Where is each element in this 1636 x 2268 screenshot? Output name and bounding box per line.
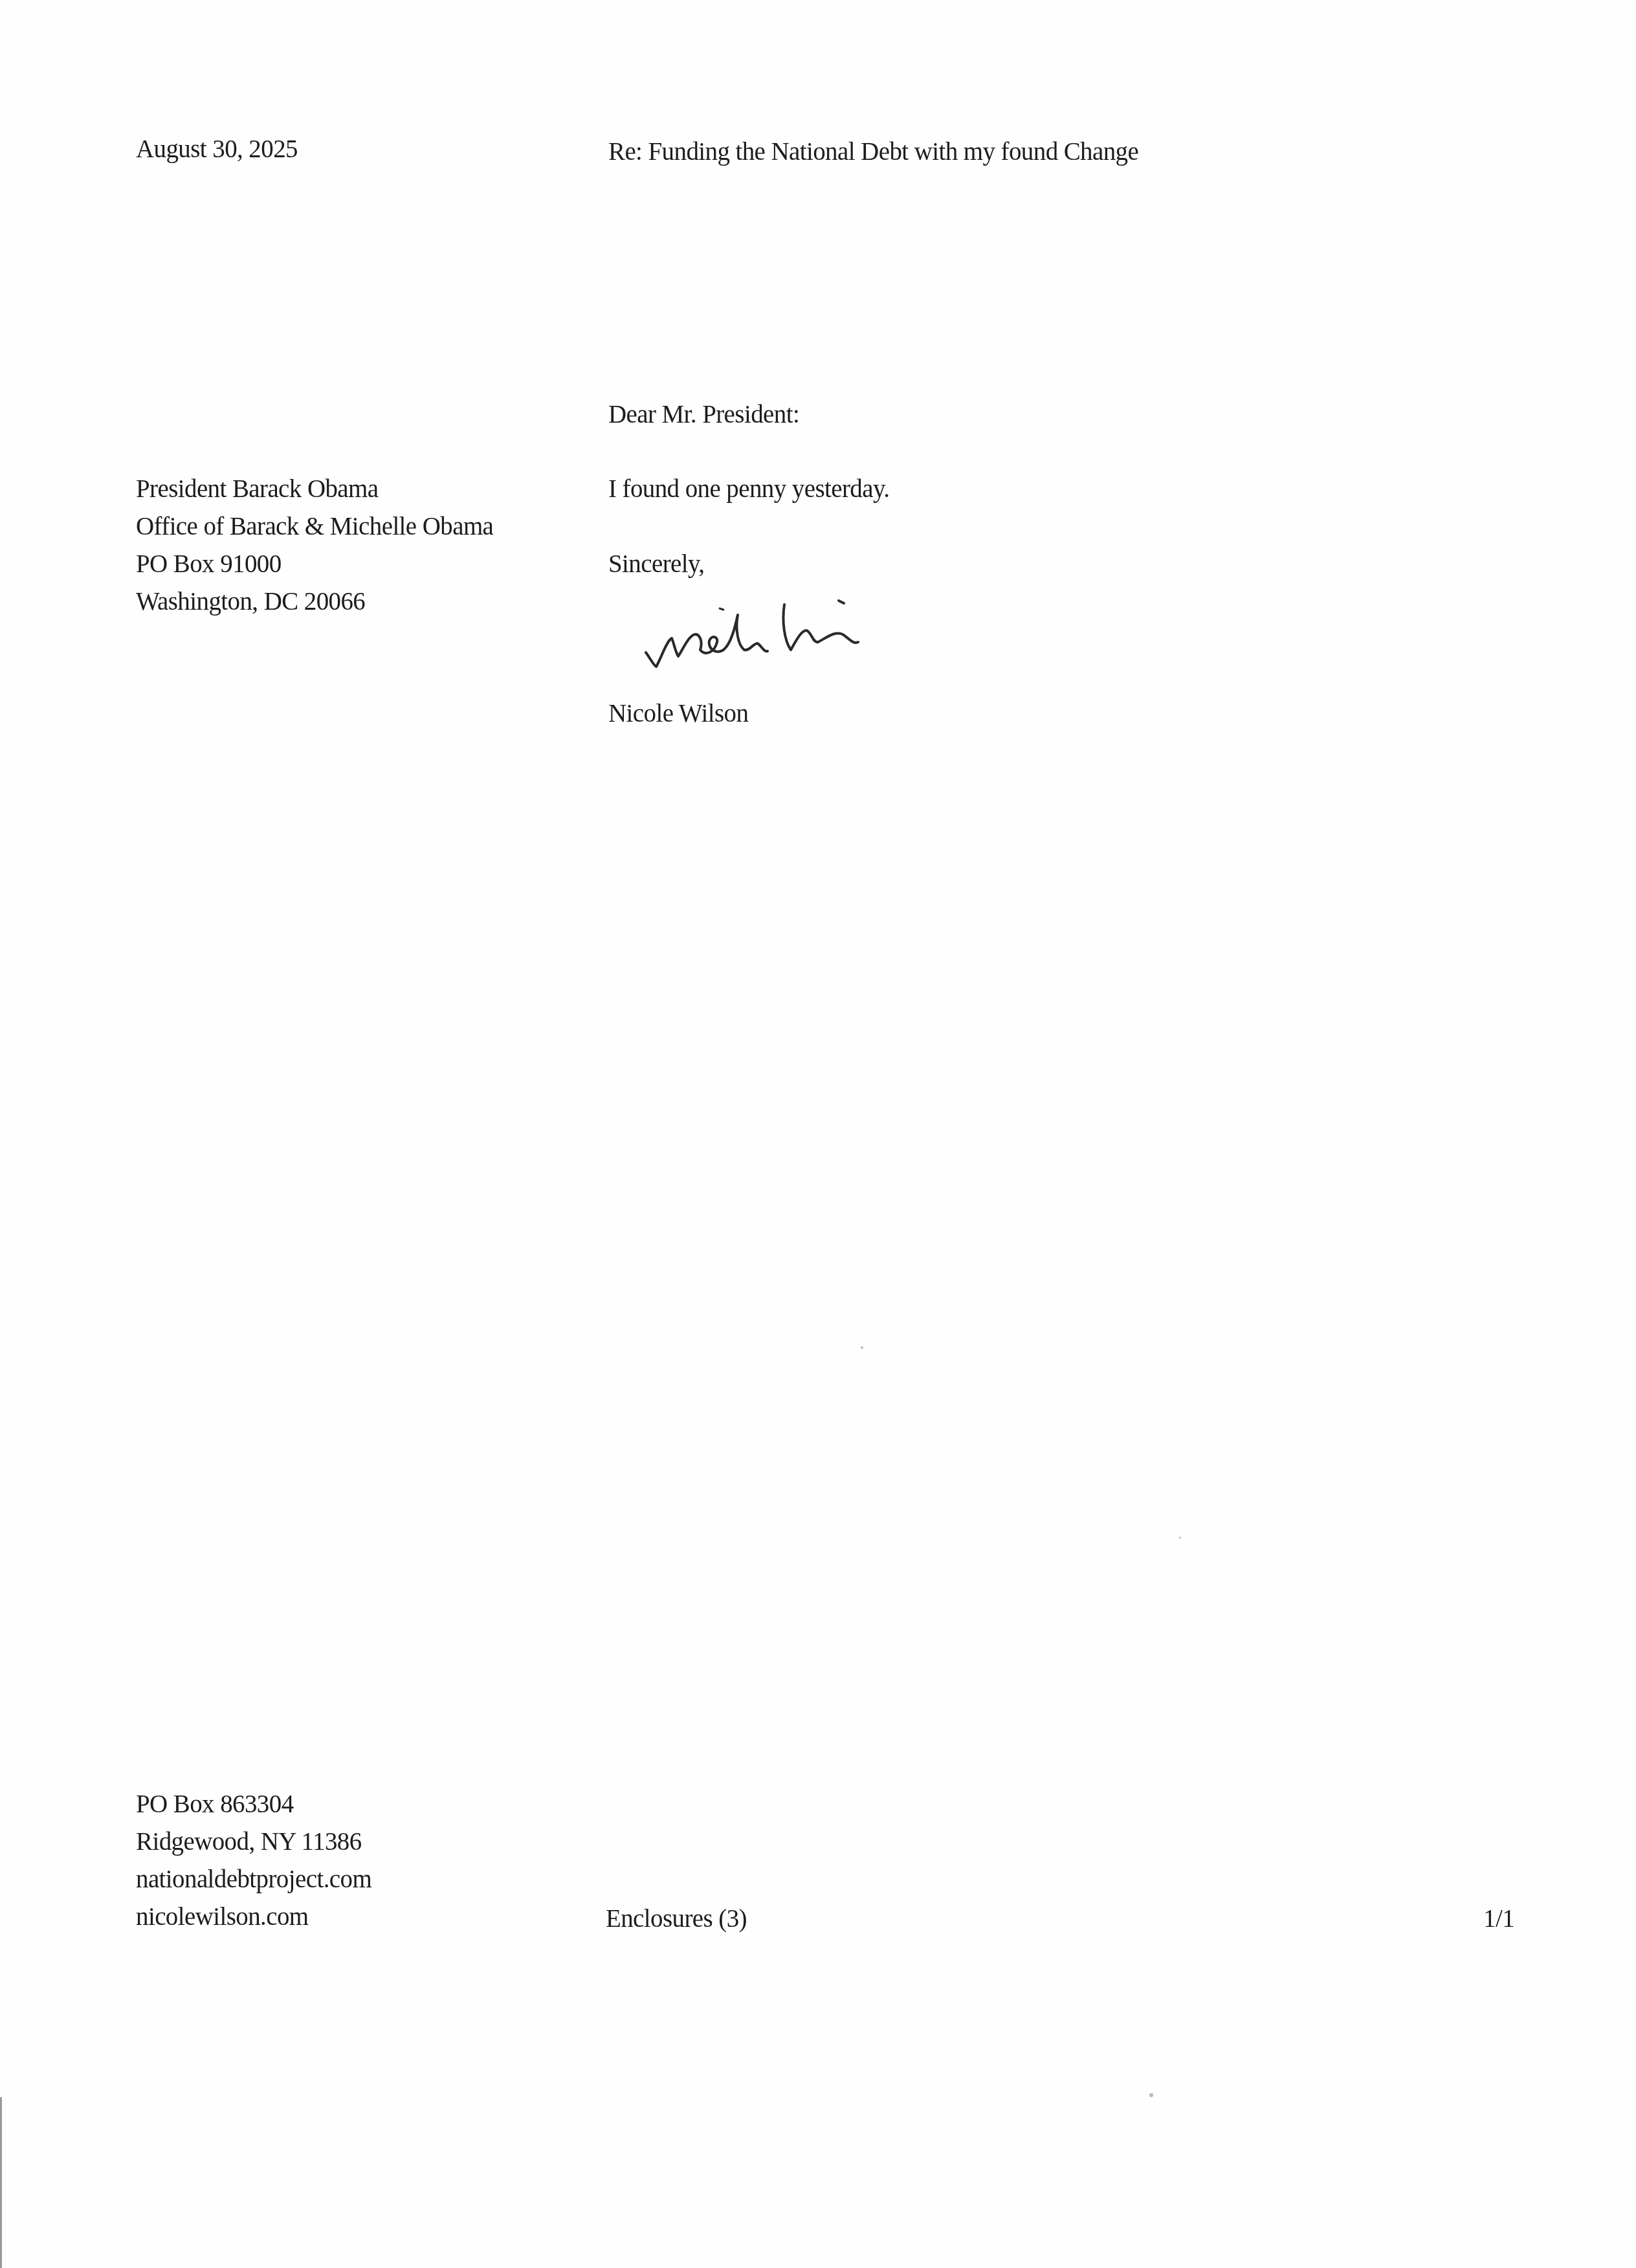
- recipient-address: President Barack Obama Office of Barack …: [136, 471, 493, 621]
- signature-icon: [641, 595, 938, 680]
- letter-date: August 30, 2025: [136, 131, 298, 168]
- scan-speck: [1179, 1537, 1181, 1539]
- recipient-line: Washington, DC 20066: [136, 583, 493, 621]
- page-number: 1/1: [1483, 1900, 1514, 1938]
- sender-line: nationaldebtproject.com: [136, 1861, 371, 1898]
- scan-speck: [861, 1346, 863, 1349]
- letter-subject: Re: Funding the National Debt with my fo…: [608, 133, 1138, 171]
- letter-page: August 30, 2025 Re: Funding the National…: [0, 0, 1636, 2268]
- recipient-line: Office of Barack & Michelle Obama: [136, 508, 493, 546]
- recipient-line: PO Box 91000: [136, 546, 493, 583]
- scan-edge: [0, 2097, 2, 2268]
- letter-body: I found one penny yesterday.: [608, 471, 889, 508]
- sender-line: nicolewilson.com: [136, 1898, 371, 1936]
- sender-line: PO Box 863304: [136, 1786, 371, 1823]
- signer-name: Nicole Wilson: [608, 695, 748, 733]
- sender-address: PO Box 863304 Ridgewood, NY 11386 nation…: [136, 1786, 371, 1936]
- closing: Sincerely,: [608, 546, 705, 583]
- scan-speck: [1149, 2093, 1153, 2097]
- enclosures-note: Enclosures (3): [606, 1900, 747, 1938]
- sender-line: Ridgewood, NY 11386: [136, 1823, 371, 1861]
- salutation: Dear Mr. President:: [608, 396, 799, 434]
- recipient-line: President Barack Obama: [136, 471, 493, 508]
